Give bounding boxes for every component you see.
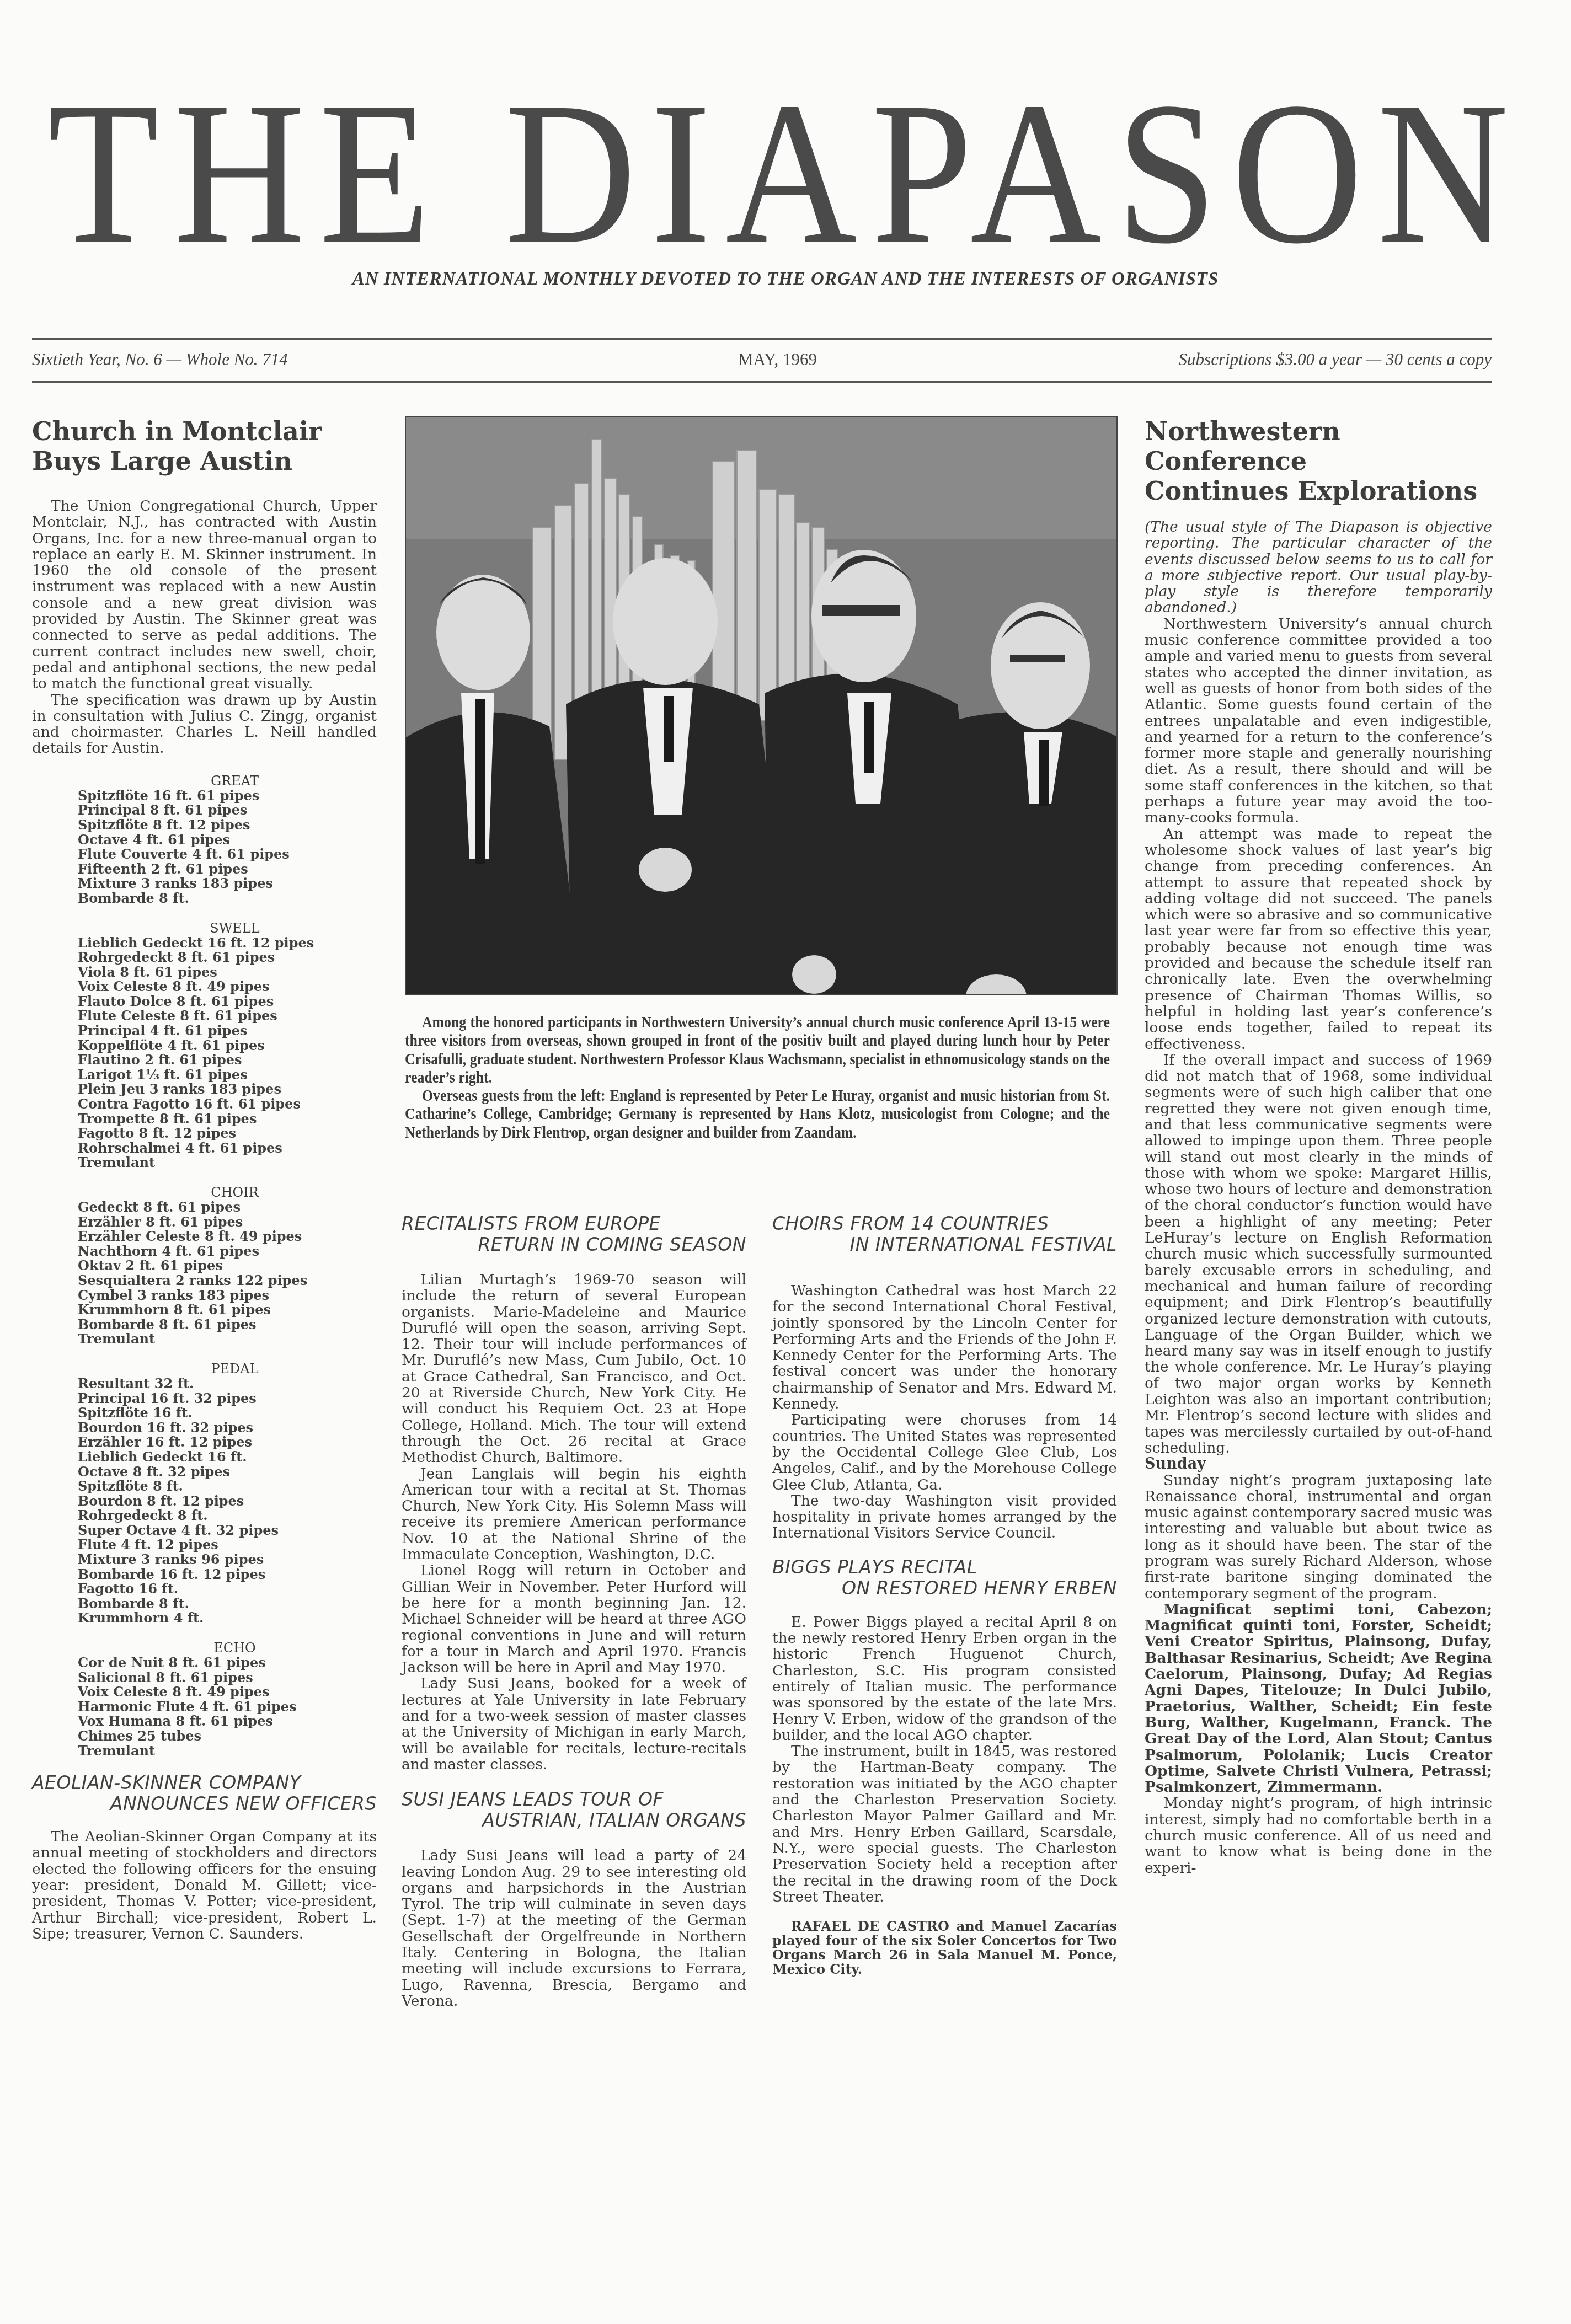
spec-stop: Principal 8 ft. 61 pipes	[78, 803, 377, 818]
article-headline-northwestern: Northwestern ConferenceContinues Explora…	[1145, 416, 1492, 506]
dateline: Sixtieth Year, No. 6 — Whole No. 714 MAY…	[32, 347, 1492, 373]
spec-division-great: GREAT	[93, 773, 377, 789]
spec-stop: Rohrgedeckt 8 ft. 61 pipes	[78, 950, 377, 965]
spec-stop: Spitzflöte 8 ft. 12 pipes	[78, 818, 377, 833]
spec-stop: Principal 16 ft. 32 pipes	[78, 1391, 377, 1406]
caption-paragraph-2: Overseas guests from the left: England i…	[405, 1086, 1110, 1142]
spec-stop: Bombarde 8 ft. 61 pipes	[78, 1318, 377, 1332]
spec-division-choir: CHOIR	[93, 1185, 377, 1200]
spec-stop: Flute Celeste 8 ft. 61 pipes	[78, 1009, 377, 1024]
subscription-price: Subscriptions $3.00 a year — 30 cents a …	[1179, 350, 1492, 370]
spec-stop: Octave 4 ft. 61 pipes	[78, 833, 377, 848]
article-body-northwestern: (The usual style of The Diapason is obje…	[1145, 519, 1492, 1876]
spec-stop: Cor de Nuit 8 ft. 61 pipes	[78, 1656, 377, 1670]
spec-stop-list: Spitzflöte 16 ft. 61 pipesPrincipal 8 ft…	[32, 789, 377, 906]
spec-stop: Rohrgedeckt 8 ft.	[78, 1508, 377, 1523]
spec-stop: Spitzflöte 8 ft.	[78, 1479, 377, 1494]
article-body-choirs: Washington Cathedral was host March 22 f…	[772, 1283, 1117, 1541]
spec-division-swell: SWELL	[93, 920, 377, 936]
spec-stop: Sesquialtera 2 ranks 122 pipes	[78, 1273, 377, 1288]
article-body-biggs: E. Power Biggs played a recital April 8 …	[772, 1614, 1117, 1905]
article-body-susi-jeans: Lady Susi Jeans will lead a party of 24 …	[402, 1848, 746, 2009]
spec-stop: Viola 8 ft. 61 pipes	[78, 965, 377, 980]
spec-stop: Gedeckt 8 ft. 61 pipes	[78, 1200, 377, 1215]
issue-number: Sixtieth Year, No. 6 — Whole No. 714	[32, 350, 288, 370]
spec-division-echo: ECHO	[93, 1640, 377, 1656]
masthead-tagline: AN INTERNATIONAL MONTHLY DEVOTED TO THE …	[0, 269, 1571, 290]
news-brief-de-castro: RAFAEL DE CASTRO and Manuel Zacarías pla…	[772, 1919, 1117, 1977]
spec-stop: Voix Celeste 8 ft. 49 pipes	[78, 1685, 377, 1700]
spec-stop: Cymbel 3 ranks 183 pipes	[78, 1288, 377, 1303]
top-rule	[32, 338, 1492, 340]
issue-date: MAY, 1969	[738, 350, 817, 370]
spec-stop-list: Lieblich Gedeckt 16 ft. 12 pipesRohrgede…	[32, 936, 377, 1171]
column-center-right: CHOIRS FROM 14 COUNTRIESIN INTERNATIONAL…	[772, 1213, 1117, 1977]
spec-stop: Spitzflöte 16 ft. 61 pipes	[78, 789, 377, 804]
spec-stop-list: Gedeckt 8 ft. 61 pipesErzähler 8 ft. 61 …	[32, 1200, 377, 1347]
spec-stop-list: Cor de Nuit 8 ft. 61 pipesSalicional 8 f…	[32, 1656, 377, 1758]
spec-stop: Harmonic Flute 4 ft. 61 pipes	[78, 1700, 377, 1715]
spec-stop: Trompette 8 ft. 61 pipes	[78, 1112, 377, 1127]
spec-stop-list: Resultant 32 ft.Principal 16 ft. 32 pipe…	[32, 1377, 377, 1626]
spec-stop: Salicional 8 ft. 61 pipes	[78, 1670, 377, 1685]
spec-division-pedal: PEDAL	[93, 1361, 377, 1377]
spec-stop: Principal 4 ft. 61 pipes	[78, 1024, 377, 1038]
article-body-recitalists: Lilian Murtagh’s 1969-70 season will inc…	[402, 1272, 746, 1773]
spec-stop: Krummhorn 8 ft. 61 pipes	[78, 1303, 377, 1318]
spec-stop: Rohrschalmei 4 ft. 61 pipes	[78, 1141, 377, 1156]
article-body-aeolian: The Aeolian-Skinner Organ Company at its…	[32, 1829, 377, 1942]
spec-stop: Contra Fagotto 16 ft. 61 pipes	[78, 1097, 377, 1112]
spec-stop: Fagotto 8 ft. 12 pipes	[78, 1126, 377, 1141]
spec-stop: Erzähler 8 ft. 61 pipes	[78, 1215, 377, 1230]
column-center-left: RECITALISTS FROM EUROPERETURN IN COMING …	[402, 1213, 746, 2009]
article-headline-montclair: Church in MontclairBuys Large Austin	[32, 416, 377, 476]
editorial-note: (The usual style of The Diapason is obje…	[1145, 519, 1492, 616]
spec-stop: Spitzflöte 16 ft.	[78, 1406, 377, 1421]
spec-stop: Flute Couverte 4 ft. 61 pipes	[78, 847, 377, 862]
spec-stop: Larigot 1⅓ ft. 61 pipes	[78, 1068, 377, 1083]
section-headline-susi-jeans: SUSI JEANS LEADS TOUR OFAUSTRIAN, ITALIA…	[402, 1789, 746, 1831]
spec-stop: Fifteenth 2 ft. 61 pipes	[78, 862, 377, 877]
masthead-title: THE DIAPASON	[0, 72, 1571, 276]
photo-illustration	[406, 417, 1118, 995]
photo-caption: Among the honored participants in Northw…	[405, 1013, 1118, 1142]
spec-stop: Flute 4 ft. 12 pipes	[78, 1538, 377, 1552]
caption-paragraph-1: Among the honored participants in Northw…	[405, 1013, 1110, 1086]
spec-stop: Mixture 3 ranks 96 pipes	[78, 1552, 377, 1567]
article-body-montclair: The Union Congregational Church, Upper M…	[32, 498, 377, 757]
spec-stop: Bombarde 16 ft. 12 pipes	[78, 1567, 377, 1582]
spec-stop: Erzähler 16 ft. 12 pipes	[78, 1435, 377, 1450]
spec-stop: Tremulant	[78, 1155, 377, 1170]
spec-stop: Octave 8 ft. 32 pipes	[78, 1465, 377, 1480]
spec-stop: Vox Humana 8 ft. 61 pipes	[78, 1714, 377, 1729]
spec-stop: Bourdon 8 ft. 12 pipes	[78, 1494, 377, 1509]
spec-stop: Flautino 2 ft. 61 pipes	[78, 1053, 377, 1068]
spec-stop: Krummhorn 4 ft.	[78, 1611, 377, 1626]
spec-stop: Bombarde 8 ft.	[78, 1597, 377, 1611]
organ-specification: GREATSpitzflöte 16 ft. 61 pipesPrincipal…	[32, 773, 377, 1758]
section-headline-aeolian: AEOLIAN-SKINNER COMPANYANNOUNCES NEW OFF…	[32, 1773, 377, 1814]
photo-organ-visitors	[405, 416, 1118, 995]
spec-stop: Nachthorn 4 ft. 61 pipes	[78, 1244, 377, 1259]
spec-stop: Koppelflöte 4 ft. 61 pipes	[78, 1038, 377, 1053]
section-headline-biggs: BIGGS PLAYS RECITALON RESTORED HENRY ERB…	[772, 1557, 1117, 1599]
spec-stop: Flauto Dolce 8 ft. 61 pipes	[78, 994, 377, 1009]
spec-stop: Bombarde 8 ft.	[78, 891, 377, 906]
spec-stop: Lieblich Gedeckt 16 ft. 12 pipes	[78, 936, 377, 951]
column-right: Northwestern ConferenceContinues Explora…	[1145, 416, 1492, 1876]
spec-stop: Chimes 25 tubes	[78, 1729, 377, 1744]
section-headline-recitalists: RECITALISTS FROM EUROPERETURN IN COMING …	[402, 1213, 746, 1255]
spec-stop: Oktav 2 ft. 61 pipes	[78, 1259, 377, 1273]
bottom-rule	[32, 381, 1492, 383]
spec-stop: Bourdon 16 ft. 32 pipes	[78, 1421, 377, 1436]
spec-stop: Voix Celeste 8 ft. 49 pipes	[78, 979, 377, 994]
subhead-sunday: Sunday	[1145, 1456, 1492, 1472]
spec-stop: Plein Jeu 3 ranks 183 pipes	[78, 1082, 377, 1097]
section-headline-choirs: CHOIRS FROM 14 COUNTRIESIN INTERNATIONAL…	[772, 1213, 1117, 1255]
spec-stop: Tremulant	[78, 1332, 377, 1347]
spec-stop: Mixture 3 ranks 183 pipes	[78, 876, 377, 891]
spec-stop: Erzähler Celeste 8 ft. 49 pipes	[78, 1229, 377, 1244]
spec-stop: Tremulant	[78, 1744, 377, 1759]
program-list: Magnificat septimi toni, Cabezon; Magnif…	[1145, 1602, 1492, 1796]
spec-stop: Fagotto 16 ft.	[78, 1582, 377, 1597]
spec-stop: Lieblich Gedeckt 16 ft.	[78, 1450, 377, 1465]
spec-stop: Super Octave 4 ft. 32 pipes	[78, 1523, 377, 1538]
spec-stop: Resultant 32 ft.	[78, 1377, 377, 1391]
column-left: Church in MontclairBuys Large Austin The…	[32, 416, 377, 1942]
